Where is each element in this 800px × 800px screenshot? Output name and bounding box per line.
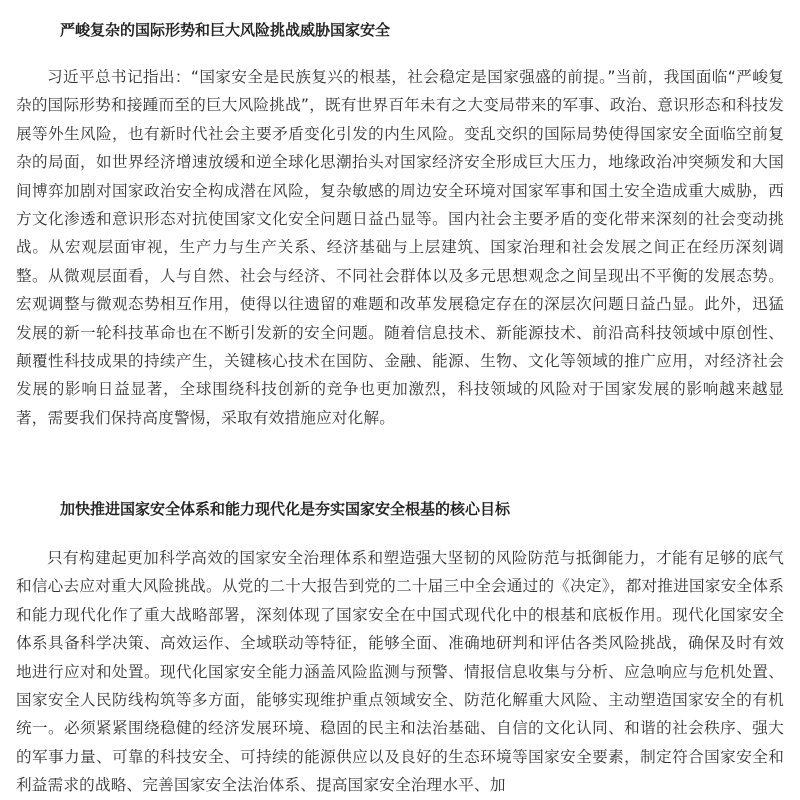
section-paragraph-1: 习近平总书记指出：“国家安全是民族复兴的根基，社会稳定是国家强盛的前提。”当前，… (16, 63, 784, 432)
section-heading-1: 严峻复杂的国际形势和巨大风险挑战威胁国家安全 (16, 18, 800, 42)
section-paragraph-2: 只有构建起更加科学高效的国家安全治理体系和塑造强大坚韧的风险防范与抵御能力，才能… (16, 544, 784, 800)
section-heading-2: 加快推进国家安全体系和能力现代化是夯实国家安全根基的核心目标 (16, 497, 800, 521)
